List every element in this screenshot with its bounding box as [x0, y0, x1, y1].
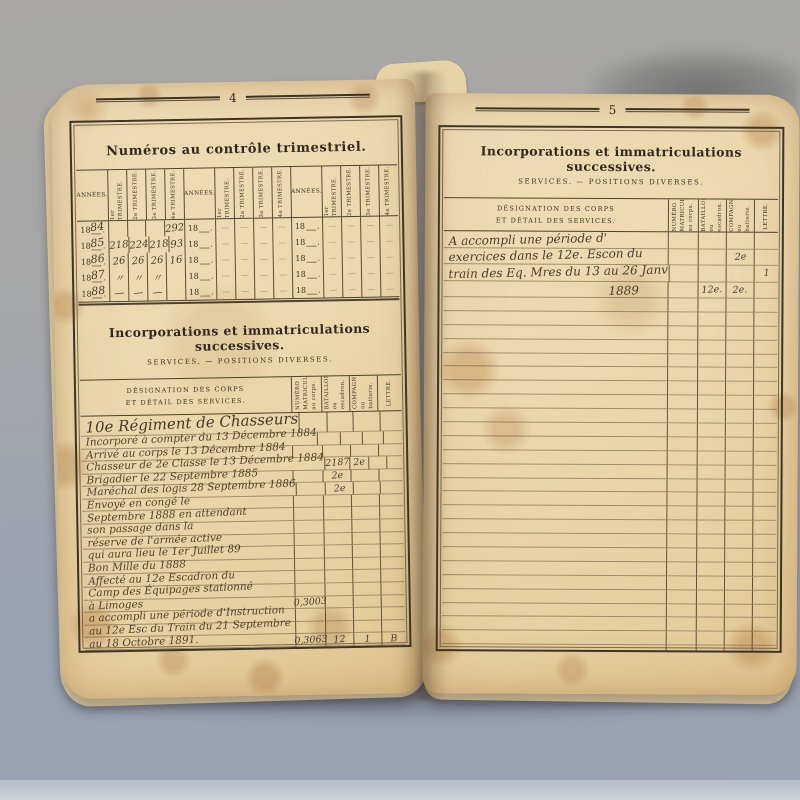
year-column-group: 18.8626262616: [78, 252, 185, 270]
trimester-value-cell: —: [342, 265, 361, 281]
bataillon-column-header: BATAILLON ou escadron.: [698, 199, 726, 231]
year-blank-line: [200, 289, 210, 296]
trimester-value-cell: —: [341, 233, 360, 249]
trimester-value-cell: 224: [128, 237, 148, 253]
compagnie-cell: [351, 520, 379, 533]
handwritten-value: 12e.: [701, 284, 722, 296]
compagnie-cell: [725, 299, 753, 313]
matricule-cell: [294, 546, 324, 559]
blank-dash: —: [386, 252, 394, 261]
trimester-value-cell: —: [109, 285, 128, 301]
compagnie-cell: [724, 507, 752, 521]
bataillon-cell: [325, 621, 353, 634]
trimester-header-cell: 1er TRIMESTRE.: [321, 166, 341, 216]
year-cell: 18.: [291, 234, 322, 251]
blank-dash: —: [367, 268, 375, 277]
designation-cell: [442, 505, 666, 520]
incorporations-table-right: DÉSIGNATION DES CORPSET DÉTAIL DES SERVI…: [442, 197, 778, 651]
column-label: LETTRE.: [762, 202, 770, 229]
page-number-rule: [625, 108, 749, 113]
trimester-value-cell: —: [253, 218, 272, 234]
compagnie-cell: [362, 431, 384, 444]
blank-dash: —: [260, 254, 268, 263]
matricule-cell: 2187: [324, 457, 349, 470]
trimester-value-cell: —: [272, 234, 291, 250]
designation-cell: [443, 380, 667, 395]
blank-dash: —: [222, 271, 230, 280]
handwritten-value: 0,3003: [293, 596, 327, 609]
left-page: 4 Numéros au contrôle trimestriel. ANNÉE…: [51, 79, 426, 699]
trimester-header-cell: 2e TRIMESTRE.: [233, 168, 253, 218]
trimester-value-cell: —: [216, 283, 235, 299]
lettre-cell: [379, 507, 403, 520]
matricule-cell: [667, 396, 697, 410]
matricule-cell: [667, 382, 697, 396]
matricule-cell: [293, 495, 323, 508]
bataillon-cell: [697, 326, 725, 340]
lettre-cell: [754, 282, 778, 299]
trimester-value-cell: —: [380, 248, 399, 264]
matricule-cell: [292, 470, 322, 483]
trimester-value-cell: —: [360, 233, 379, 249]
blank-dash: —: [259, 238, 267, 247]
handwritten-year: 87: [90, 268, 105, 283]
printed-year-prefix: 18.: [188, 255, 213, 264]
bataillon-cell: [697, 423, 725, 437]
trimester-value-cell: —: [323, 249, 342, 265]
trimester-label: 2e TRIMESTRE.: [132, 170, 141, 219]
designation-cell: [443, 394, 667, 409]
bataillon-cell: [696, 562, 724, 576]
handwritten-value: 2187: [325, 457, 350, 470]
trimester-label: 1er TRIMESTRE.: [109, 170, 126, 220]
lettre-cell: [753, 410, 777, 424]
trimester-value-cell: —: [360, 217, 379, 233]
compagnie-cell: [350, 469, 378, 482]
bataillon-cell: [323, 495, 351, 508]
blank-dash: —: [279, 286, 287, 295]
blank-dash: —: [278, 238, 286, 247]
lettre-cell: [753, 327, 777, 341]
matricule-cell: [317, 432, 340, 445]
lettre-cell: [752, 646, 776, 651]
year-column-group: 18.————: [292, 280, 399, 298]
blank-dash: —: [241, 254, 249, 263]
year-cell: 18.88: [78, 285, 109, 302]
incorporations-subtitle-right: SERVICES. — POSITIONS DIVERSES.: [444, 177, 778, 187]
handwritten-value: 2e: [331, 470, 343, 482]
year-cell: 18.: [292, 281, 323, 298]
incorporations-table-left: DÉSIGNATION DES CORPSET DÉTAIL DES SERVI…: [80, 374, 406, 651]
year-column-group: 18.————: [184, 218, 291, 236]
page-number-rule: [476, 107, 600, 112]
compagnie-cell: [724, 535, 752, 549]
trimester-value-cell: —: [379, 216, 398, 232]
compagnie-column-header: COMPAGNIE ou batterie.: [726, 200, 754, 232]
lettre-cell: [752, 590, 776, 604]
page-number-rule: [96, 96, 220, 102]
bataillon-cell: [697, 451, 725, 465]
incorporations-header: DÉSIGNATION DES CORPSET DÉTAIL DES SERVI…: [80, 375, 402, 417]
trimester-value-cell: —: [361, 249, 380, 265]
bataillon-cell: [323, 508, 351, 521]
handwritten-year: 86: [90, 252, 105, 267]
control-table-header: ANNÉES.1er TRIMESTRE.2e TRIMESTRE.3e TRI…: [76, 164, 398, 222]
bataillon-cell: [696, 604, 724, 618]
trimester-header-cell: 4e TRIMESTRE.: [378, 165, 398, 215]
column-label: BATAILLON ou escadron.: [323, 378, 347, 410]
blank-dash: —: [221, 239, 229, 248]
designation-cell: [442, 519, 666, 534]
compagnie-cell: [724, 590, 752, 604]
years-header-cell: ANNÉES.: [76, 170, 108, 221]
matricule-cell: [666, 548, 696, 562]
designation-cell: [442, 630, 666, 645]
lettre-cell: [752, 521, 776, 535]
lettre-cell: [380, 544, 404, 557]
bataillon-cell: [697, 437, 725, 451]
control-table-title: Numéros au contrôle trimestriel.: [76, 139, 397, 160]
bataillon-cell: [324, 583, 352, 596]
years-header-cell: ANNÉES.: [290, 167, 322, 218]
handwritten-count: 218: [149, 238, 169, 251]
trimester-label: 3e TRIMESTRE.: [151, 170, 160, 219]
printed-year-prefix: 18.: [188, 223, 213, 232]
year-column-group: 18.88———: [78, 284, 185, 302]
matricule-cell: [667, 340, 697, 354]
compagnie-cell: [724, 632, 752, 646]
trimester-value-cell: —: [361, 265, 380, 281]
trimester-value-cell: —: [235, 283, 254, 299]
compagnie-cell: 2e: [726, 249, 754, 266]
blank-dash: —: [241, 286, 249, 295]
lettre-cell: B: [381, 633, 405, 646]
compagnie-cell: [352, 557, 380, 570]
trimester-value-cell: —: [273, 282, 292, 298]
compagnie-cell: [724, 563, 752, 577]
handwritten-entry-row: train des Eq. Mres du 13 au 26 Janv1: [444, 264, 778, 282]
matricule-cell: [666, 479, 696, 493]
compagnie-cell: [368, 457, 387, 470]
year-column-group: 18.————: [184, 234, 291, 252]
handwritten-count: 〃: [132, 269, 144, 285]
printed-year-prefix: 18.: [188, 239, 213, 248]
year-cell: 18.: [291, 218, 322, 235]
year-cell: 18.: [292, 250, 323, 267]
incorporations-title-left: Incorporations et immatriculations succe…: [79, 320, 400, 356]
year-blank-line: [306, 255, 316, 262]
blank-dash: —: [329, 269, 337, 278]
matricule-cell: [668, 232, 698, 249]
bataillon-cell: [696, 548, 724, 562]
lettre-cell: [379, 411, 402, 431]
matricule-cell: [667, 451, 697, 465]
matricule-cell: [666, 507, 696, 521]
compagnie-cell: [725, 465, 753, 479]
blank-dash: —: [348, 252, 356, 261]
year-cell: 18.: [292, 266, 323, 283]
lettre-cell: [753, 368, 777, 382]
control-table: ANNÉES.1er TRIMESTRE.2e TRIMESTRE.3e TRI…: [76, 164, 399, 306]
compagnie-cell: [725, 312, 753, 326]
lettre-cell: [752, 493, 776, 507]
blank-dash: —: [222, 255, 230, 264]
year-blank-line: [199, 241, 209, 248]
matricule-cell: [294, 558, 324, 571]
trimester-value-cell: [108, 221, 127, 237]
compagnie-cell: [725, 410, 753, 424]
matricule-cell: [293, 508, 323, 521]
trimester-value-cell: —: [342, 249, 361, 265]
trimester-value-cell: —: [128, 285, 147, 301]
year-blank-line: [200, 257, 210, 264]
bataillon-cell: [696, 618, 724, 632]
matricule-cell: [666, 646, 696, 651]
handwritten-count: 〃: [113, 269, 125, 285]
year-blank-line: [307, 287, 317, 294]
matricule-cell: [666, 521, 696, 535]
trimester-value-cell: 16: [166, 252, 185, 268]
lettre-cell: [752, 563, 776, 577]
blank-dash: —: [328, 221, 336, 230]
photo-bottom-edge: [0, 780, 800, 800]
matricule-cell: [668, 249, 698, 266]
compagnie-cell: 2e.: [726, 282, 754, 299]
designation-header-line1: DÉSIGNATION DES CORPS: [127, 385, 245, 395]
lettre-cell: [378, 444, 402, 457]
lettre-cell: [383, 431, 402, 444]
printed-year-prefix: 18.: [296, 269, 321, 278]
designation-header-line1: DÉSIGNATION DES CORPS: [497, 204, 615, 213]
year-column-group: ANNÉES.1er TRIMESTRE.2e TRIMESTRE.3e TRI…: [290, 165, 398, 217]
year-column-group: 18.————: [292, 264, 399, 282]
compagnie-cell: [352, 482, 379, 495]
designation-cell: au 18 Octobre 1891.: [84, 634, 295, 650]
designation-cell: [443, 408, 667, 423]
bataillon-cell: [697, 396, 725, 410]
column-label: COMPAGNIE ou batterie.: [351, 377, 375, 409]
bataillon-cell: 2e: [322, 470, 350, 483]
trimester-value-cell: —: [235, 267, 254, 283]
designation-cell: [443, 450, 667, 465]
designation-cell: [443, 464, 667, 479]
blank-dash: —: [366, 220, 374, 229]
bataillon-cell: 12: [325, 633, 353, 646]
blank-dash: —: [348, 268, 356, 277]
handwritten-text: 1889: [609, 284, 640, 297]
matricule-cell: [667, 437, 697, 451]
blank-dash: —: [347, 236, 355, 245]
year-cell: 18.: [185, 251, 216, 268]
handwritten-year: 88: [91, 284, 106, 299]
lettre-cell: [753, 382, 777, 396]
trimester-value-cell: —: [361, 281, 380, 297]
handwritten-count: —: [133, 287, 144, 299]
matricule-cell: [667, 312, 697, 326]
handwritten-count: 〃: [151, 268, 163, 284]
matricule-cell: [667, 326, 697, 340]
trimester-header-cell: 3e TRIMESTRE.: [145, 169, 165, 219]
trimester-value-cell: 〃: [109, 269, 128, 285]
matricule-cell: [666, 632, 696, 646]
year-column-group: 18.8521822421893: [77, 236, 184, 254]
trimester-value-cell: 218: [108, 237, 128, 253]
year-column-group: 18.————: [291, 232, 398, 250]
trimester-value-cell: —: [254, 250, 273, 266]
trimester-value-cell: —: [216, 267, 235, 283]
incorporations-header: DÉSIGNATION DES CORPSET DÉTAIL DES SERVI…: [444, 198, 778, 233]
trimester-value-cell: 26: [147, 252, 166, 268]
compagnie-column-header: COMPAGNIE ou batterie.: [349, 376, 378, 411]
matricule-cell: [294, 584, 324, 597]
trimester-value-cell: —: [323, 281, 342, 297]
bataillon-cell: [697, 382, 725, 396]
bataillon-cell: 12e.: [698, 282, 726, 299]
lettre-cell: [386, 456, 402, 469]
trimester-value-cell: —: [272, 218, 291, 234]
lettre-cell: [378, 469, 402, 482]
bataillon-cell: [324, 570, 352, 583]
matricule-cell: [667, 368, 697, 382]
compagnie-cell: [352, 545, 380, 558]
trimester-value-cell: —: [216, 251, 235, 267]
bataillon-cell: [324, 533, 352, 546]
handwritten-count: 16: [169, 254, 183, 266]
blank-dash: —: [348, 284, 356, 293]
lettre-column-header: LETTRE.: [754, 200, 778, 232]
designation-header-line2: ET DÉTAIL DES SERVICES.: [496, 216, 616, 225]
bataillon-cell: [696, 535, 724, 549]
years-header-cell: ANNÉES.: [183, 168, 215, 219]
matricule-cell: [667, 298, 697, 312]
trimester-header-cell: 2e TRIMESTRE.: [126, 170, 146, 220]
column-label: NUMÉRO MATRICULE au corps.: [671, 199, 695, 231]
compagnie-cell: [725, 340, 753, 354]
matricule-cell: 0,3063: [295, 634, 325, 647]
trimester-value-cell: 26: [128, 253, 147, 269]
blank-dash: —: [385, 220, 393, 229]
bataillon-cell: [697, 312, 725, 326]
matricule-cell: [666, 618, 696, 632]
designation-header-line2: ET DÉTAIL DES SERVICES.: [126, 397, 246, 407]
trimester-label: 3e TRIMESTRE.: [365, 166, 374, 215]
trimester-value-cell: 292: [164, 220, 184, 236]
blank-dash: —: [278, 222, 286, 231]
compagnie-cell: [351, 507, 379, 520]
blank-dash: —: [240, 238, 248, 247]
handwritten-text: exercices dans le 12e. Escon du: [448, 247, 642, 263]
printed-year-prefix: 18.: [295, 253, 320, 262]
year-column-group: ANNÉES.1er TRIMESTRE.2e TRIMESTRE.3e TRI…: [183, 167, 291, 219]
trimester-label: 2e TRIMESTRE.: [239, 168, 248, 217]
compagnie-cell: [353, 595, 381, 608]
lettre-cell: [752, 479, 776, 493]
year-column-group: 18.————: [185, 250, 292, 268]
lettre-cell: [381, 607, 405, 620]
compagnie-cell: [724, 549, 752, 563]
matricule-cell: [668, 265, 698, 282]
compagnie-cell: [725, 354, 753, 368]
handwritten-count: 292: [165, 222, 185, 235]
lettre-column-header: LETTRE.: [377, 375, 402, 410]
trimester-value-cell: —: [322, 217, 341, 233]
trimester-value-cell: —: [234, 219, 253, 235]
compagnie-cell: [724, 493, 752, 507]
designation-cell: [442, 478, 666, 493]
trimester-value-cell: —: [235, 251, 254, 267]
bataillon-cell: [696, 479, 724, 493]
trimester-value-cell: 〃: [147, 268, 166, 284]
matricule-cell: [667, 354, 697, 368]
bataillon-column-header: BATAILLON ou escadron.: [321, 376, 350, 411]
compagnie-cell: [726, 266, 754, 283]
handwritten-value: 12: [333, 634, 346, 646]
bataillon-cell: [696, 632, 724, 646]
trimester-header-cell: 4e TRIMESTRE.: [164, 169, 184, 219]
bataillon-cell: [324, 545, 352, 558]
designation-cell: 1889: [444, 281, 668, 299]
trimester-label: 1er TRIMESTRE.: [216, 168, 233, 218]
lettre-cell: [753, 424, 777, 438]
bataillon-cell: [697, 465, 725, 479]
trimester-label: 1er TRIMESTRE.: [323, 166, 340, 216]
compagnie-cell: [353, 620, 381, 633]
printed-year-prefix: 18.: [295, 221, 320, 230]
incorporations-subtitle-left: SERVICES. — POSITIONS DIVERSES.: [79, 354, 400, 368]
bataillon-cell: [697, 298, 725, 312]
year-cell: 18.: [185, 267, 216, 284]
blank-dash: —: [367, 284, 375, 293]
bataillon-cell: [697, 410, 725, 424]
lettre-cell: [752, 618, 776, 632]
bataillon-cell: [698, 265, 726, 282]
designation-cell: [443, 339, 667, 354]
designation-cell: [442, 533, 666, 548]
matricule-cell: [293, 521, 323, 534]
bataillon-cell: [696, 576, 724, 590]
lettre-cell: [753, 340, 777, 354]
blank-dash: —: [241, 270, 249, 279]
handwritten-value: 2e.: [732, 284, 747, 296]
bataillon-cell: [696, 521, 724, 535]
column-label: BATAILLON ou escadron.: [700, 199, 724, 231]
lettre-cell: [753, 465, 777, 479]
bataillon-cell: [324, 558, 352, 571]
trimester-header-cell: 1er TRIMESTRE.: [107, 170, 127, 220]
left-page-number-row: 4: [51, 90, 415, 106]
bataillon-cell: [326, 412, 353, 432]
lettre-cell: 1: [754, 266, 778, 283]
trimester-value-cell: —: [380, 280, 399, 296]
compagnie-cell: [352, 583, 380, 596]
lettre-cell: [381, 620, 405, 633]
column-label: LETTRE.: [385, 379, 393, 406]
trimester-value-cell: —: [341, 217, 360, 233]
column-label: NUMÉRO MATRICULE au corps.: [294, 378, 318, 410]
years-label: ANNÉES.: [184, 190, 215, 197]
handwritten-year: 85: [90, 236, 105, 251]
handwritten-value: B: [390, 633, 398, 644]
trimester-value-cell: [166, 268, 185, 284]
trimester-value-cell: —: [254, 282, 273, 298]
designation-cell: [442, 547, 666, 562]
year-cell: 18.: [185, 283, 216, 300]
printed-year-prefix: 18.: [296, 285, 321, 294]
right-page: 5 Incorporations et immatriculations suc…: [422, 93, 799, 695]
matricule-column-header: NUMÉRO MATRICULE au corps.: [668, 199, 698, 231]
designation-cell: [443, 325, 667, 340]
bataillon-cell: [698, 232, 726, 249]
